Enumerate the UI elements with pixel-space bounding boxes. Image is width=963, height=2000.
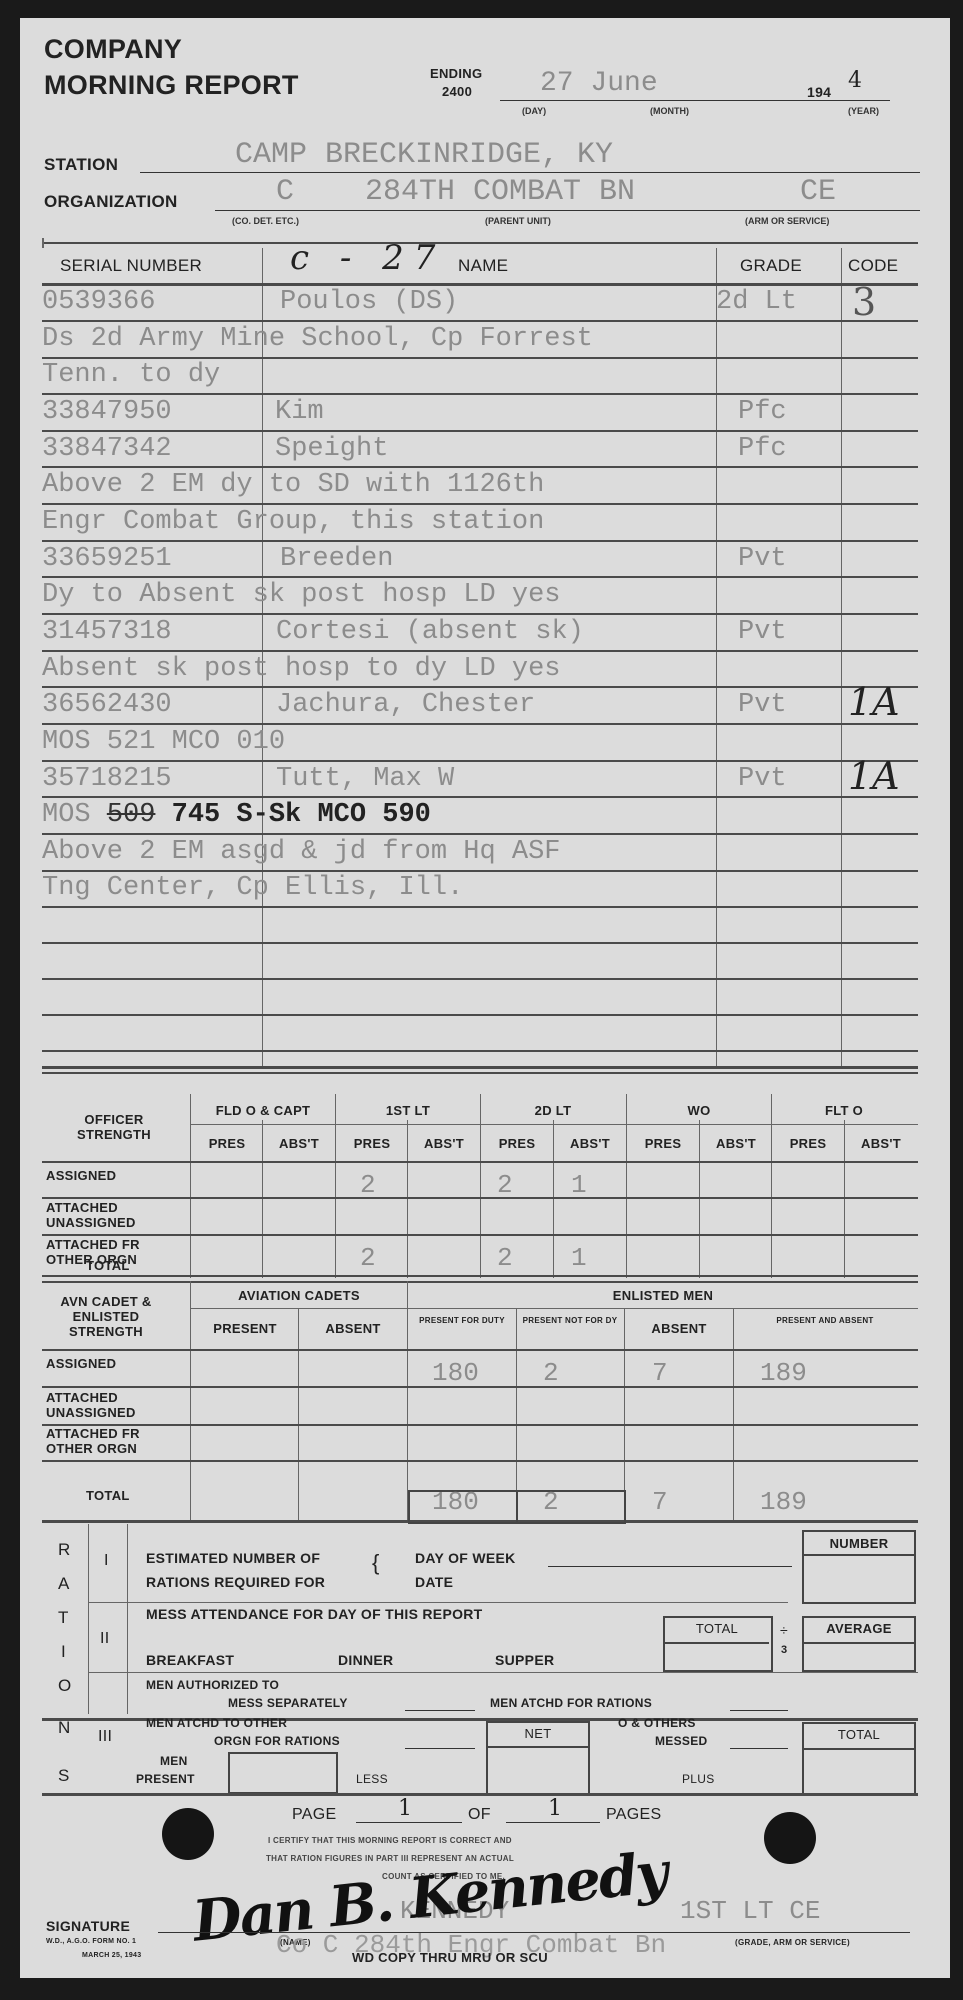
- serial-number: 33847342: [42, 434, 172, 464]
- col-em-absent: ABSENT: [627, 1321, 731, 1336]
- station-value: CAMP BRECKINRIDGE, KY: [235, 138, 613, 172]
- em-absent-assigned: 7: [652, 1358, 668, 1388]
- soldier-name: Poulos (DS): [280, 287, 458, 317]
- status-code: 3: [852, 280, 876, 324]
- em-present-and-absent-total: 189: [760, 1487, 807, 1517]
- plus-label: PLUS: [682, 1772, 715, 1786]
- o-others-line1: O & OTHERS: [618, 1716, 696, 1730]
- status-code: 1A: [848, 680, 900, 724]
- year-digit: 4: [848, 68, 862, 93]
- pages-label: PAGES: [606, 1806, 661, 1824]
- row-label-total: TOTAL: [86, 1258, 130, 1273]
- punch-hole-left: [162, 1808, 214, 1860]
- co-caption: (CO. DET. ETC.): [232, 216, 299, 226]
- officer-strength-title: OFFICER STRENGTH: [54, 1112, 174, 1142]
- soldier-name: Jachura, Chester: [276, 690, 535, 720]
- signature-label: SIGNATURE: [46, 1918, 130, 1934]
- soldier-grade: Pfc: [738, 434, 787, 464]
- men-atchd-other-line2: ORGN FOR RATIONS: [214, 1734, 340, 1748]
- officer-2d-lt-abst-assigned: 1: [571, 1170, 587, 1200]
- remark-line: Tng Center, Cp Ellis, Ill.: [42, 873, 463, 903]
- subcol-pres: PRES: [192, 1136, 262, 1151]
- officer-2d-lt-abst-total: 1: [571, 1243, 587, 1273]
- men-present-box[interactable]: [228, 1752, 338, 1794]
- year-caption: (YEAR): [848, 106, 879, 116]
- form-title-line1: COMPANY: [44, 34, 182, 65]
- supper-label: SUPPER: [495, 1652, 554, 1668]
- em-present-for-duty-assigned: 180: [432, 1358, 479, 1388]
- remark-line: Ds 2d Army Mine School, Cp Forrest: [42, 324, 593, 354]
- men-present-line2: PRESENT: [136, 1772, 195, 1786]
- mess-total-label: TOTAL: [665, 1621, 769, 1636]
- row-label-attached-unassigned: ATTACHED UNASSIGNED: [46, 1200, 156, 1230]
- subcol-abst: ABS'T: [409, 1136, 479, 1151]
- struck-mos: 509: [107, 800, 156, 830]
- remark-line: MOS 521 MCO 010: [42, 727, 285, 757]
- subcol-pres: PRES: [628, 1136, 698, 1151]
- enlisted-strength-title: AVN CADET & ENLISTED STRENGTH: [46, 1294, 166, 1339]
- subcol-pres: PRES: [482, 1136, 552, 1151]
- soldier-name: Breeden: [280, 544, 393, 574]
- col-present-not-for-dy: PRESENT NOT FOR DY: [520, 1314, 620, 1328]
- part-i-line1: ESTIMATED NUMBER OF: [146, 1550, 320, 1566]
- soldier-name: Tutt, Max W: [276, 764, 454, 794]
- subcol-abst: ABS'T: [555, 1136, 625, 1151]
- dinner-label: DINNER: [338, 1652, 393, 1668]
- status-code: 1A: [848, 754, 900, 798]
- parent-caption: (PARENT UNIT): [485, 216, 551, 226]
- soldier-grade: Pfc: [738, 397, 787, 427]
- rations-letter: N: [58, 1718, 71, 1738]
- divisor-three: 3: [781, 1644, 787, 1656]
- page-label: PAGE: [292, 1806, 336, 1824]
- subcol-abst: ABS'T: [264, 1136, 334, 1151]
- ending-label: ENDING: [430, 66, 482, 81]
- remark-line: Tenn. to dy: [42, 360, 220, 390]
- serial-number: 33847950: [42, 397, 172, 427]
- em-absent-total: 7: [652, 1487, 668, 1517]
- serial-number: 36562430: [42, 690, 172, 720]
- officer-1st-lt-pres-total: 2: [360, 1243, 376, 1273]
- group-flt-o: FLT O: [773, 1103, 915, 1118]
- report-date-value: 27 June: [540, 68, 658, 99]
- signer-typed-grade: 1ST LT CE: [680, 1896, 820, 1926]
- soldier-grade: Pvt: [738, 544, 787, 574]
- remark-line: Engr Combat Group, this station: [42, 507, 544, 537]
- subcol-abst: ABS'T: [701, 1136, 771, 1151]
- remark-line: Above 2 EM asgd & jd from Hq ASF: [42, 837, 560, 867]
- remark-line: Above 2 EM dy to SD with 1126th: [42, 470, 544, 500]
- row-label-attached-other: ATTACHED FR OTHER ORGN: [46, 1426, 156, 1456]
- em-present-and-absent-assigned: 189: [760, 1358, 807, 1388]
- month-caption: (MONTH): [650, 106, 689, 116]
- soldier-name: Speight: [275, 434, 388, 464]
- rations-total-label: TOTAL: [804, 1727, 914, 1742]
- col-avn-absent: ABSENT: [300, 1321, 406, 1336]
- serial-number: 35718215: [42, 764, 172, 794]
- serial-number: 0539366: [42, 287, 155, 317]
- group-enlisted-men: ENLISTED MEN: [409, 1288, 917, 1303]
- men-authorized-line2: MESS SEPARATELY: [228, 1696, 348, 1710]
- rations-letter: R: [58, 1540, 71, 1560]
- col-present-for-duty: PRESENT FOR DUTY: [412, 1314, 512, 1328]
- year-prefix: 194: [807, 84, 831, 100]
- group-fld-o-capt: FLD O & CAPT: [192, 1103, 334, 1118]
- soldier-grade: 2d Lt: [716, 287, 797, 317]
- station-label: STATION: [44, 155, 118, 175]
- men-atchd-other-line1: MEN ATCHD TO OTHER: [146, 1716, 287, 1730]
- rations-letter: T: [58, 1608, 69, 1628]
- col-avn-present: PRESENT: [192, 1321, 298, 1336]
- col-code: CODE: [848, 256, 898, 276]
- organization-label: ORGANIZATION: [44, 192, 178, 212]
- men-authorized-line1: MEN AUTHORIZED TO: [146, 1678, 279, 1692]
- form-number: W.D., A.G.O. FORM NO. 1: [46, 1938, 136, 1945]
- officer-1st-lt-pres-assigned: 2: [360, 1170, 376, 1200]
- rations-letter: S: [58, 1766, 70, 1786]
- soldier-grade: Pvt: [738, 617, 787, 647]
- breakfast-label: BREAKFAST: [146, 1652, 234, 1668]
- soldier-name: Kim: [275, 397, 324, 427]
- em-present-not-for-duty-total: 2: [543, 1487, 559, 1517]
- copy-note: WD COPY THRU MRU OR SCU: [352, 1950, 548, 1965]
- handwritten-note: c - 27: [290, 238, 445, 278]
- ending-time: 2400: [442, 84, 472, 99]
- remark-line: Dy to Absent sk post hosp LD yes: [42, 580, 560, 610]
- em-total-highlight-box: [516, 1490, 626, 1524]
- org-parent-value: 284TH COMBAT BN: [365, 175, 635, 209]
- less-label: LESS: [356, 1772, 388, 1786]
- rations-letter: O: [58, 1676, 72, 1696]
- soldier-grade: Pvt: [738, 690, 787, 720]
- em-present-for-duty-total: 180: [432, 1487, 479, 1517]
- group-aviation-cadets: AVIATION CADETS: [192, 1288, 406, 1303]
- row-label-attached-unassigned: ATTACHED UNASSIGNED: [46, 1390, 156, 1420]
- row-label-total: TOTAL: [86, 1488, 130, 1503]
- o-others-line2: MESSED: [655, 1734, 707, 1748]
- officer-2d-lt-pres-total: 2: [497, 1243, 513, 1273]
- day-caption: (DAY): [522, 106, 546, 116]
- mos-correction: 745 S-Sk MCO 590: [172, 800, 431, 830]
- average-label: AVERAGE: [804, 1621, 914, 1636]
- punch-hole-right: [764, 1812, 816, 1864]
- row-label-assigned: ASSIGNED: [46, 1356, 116, 1371]
- men-present-line1: MEN: [160, 1754, 188, 1768]
- remark-line: Absent sk post hosp to dy LD yes: [42, 654, 560, 684]
- page-number: 1: [398, 1796, 412, 1821]
- org-arm-value: CE: [800, 175, 836, 209]
- soldier-grade: Pvt: [738, 764, 787, 794]
- col-name: NAME: [458, 256, 508, 276]
- form-title-line2: MORNING REPORT: [44, 70, 299, 101]
- row-label-assigned: ASSIGNED: [46, 1168, 116, 1183]
- remark-line-mos: MOS 509 745 S-Sk MCO 590: [42, 800, 431, 830]
- serial-number: 33659251: [42, 544, 172, 574]
- part-i-number: I: [104, 1552, 109, 1570]
- day-of-week-label: DAY OF WEEK: [415, 1550, 516, 1566]
- part-iii-number: III: [98, 1728, 112, 1746]
- date-label: DATE: [415, 1574, 453, 1590]
- certify-line1: I CERTIFY THAT THIS MORNING REPORT IS CO…: [268, 1836, 512, 1845]
- em-present-not-for-duty-assigned: 2: [543, 1358, 559, 1388]
- org-company-value: C: [276, 175, 294, 209]
- divide-icon: ÷: [780, 1622, 788, 1638]
- total-pages: 1: [548, 1796, 562, 1821]
- rations-letter: A: [58, 1574, 70, 1594]
- col-grade: GRADE: [740, 256, 802, 276]
- subcol-pres: PRES: [773, 1136, 843, 1151]
- number-label: NUMBER: [804, 1536, 914, 1551]
- grade-caption: (GRADE, ARM OR SERVICE): [735, 1938, 850, 1947]
- arm-caption: (ARM OR SERVICE): [745, 216, 829, 226]
- group-wo: WO: [628, 1103, 770, 1118]
- officer-2d-lt-pres-assigned: 2: [497, 1170, 513, 1200]
- men-atchd-for-rations-label: MEN ATCHD FOR RATIONS: [490, 1696, 652, 1710]
- subcol-pres: PRES: [337, 1136, 407, 1151]
- net-label: NET: [488, 1726, 588, 1741]
- col-serial-number: SERIAL NUMBER: [60, 256, 202, 276]
- brace-icon: {: [372, 1550, 380, 1576]
- mess-attendance-title: MESS ATTENDANCE FOR DAY OF THIS REPORT: [146, 1606, 483, 1622]
- form-date: MARCH 25, 1943: [82, 1952, 141, 1959]
- col-present-and-absent: PRESENT AND ABSENT: [770, 1314, 880, 1328]
- group-1st-lt: 1ST LT: [337, 1103, 479, 1118]
- part-i-line2: RATIONS REQUIRED FOR: [146, 1574, 325, 1590]
- rations-letter: I: [61, 1642, 66, 1662]
- group-2d-lt: 2D LT: [482, 1103, 624, 1118]
- soldier-name: Cortesi (absent sk): [276, 617, 584, 647]
- serial-number: 31457318: [42, 617, 172, 647]
- part-ii-number: II: [100, 1630, 110, 1648]
- subcol-abst: ABS'T: [846, 1136, 916, 1151]
- of-label: OF: [468, 1806, 491, 1824]
